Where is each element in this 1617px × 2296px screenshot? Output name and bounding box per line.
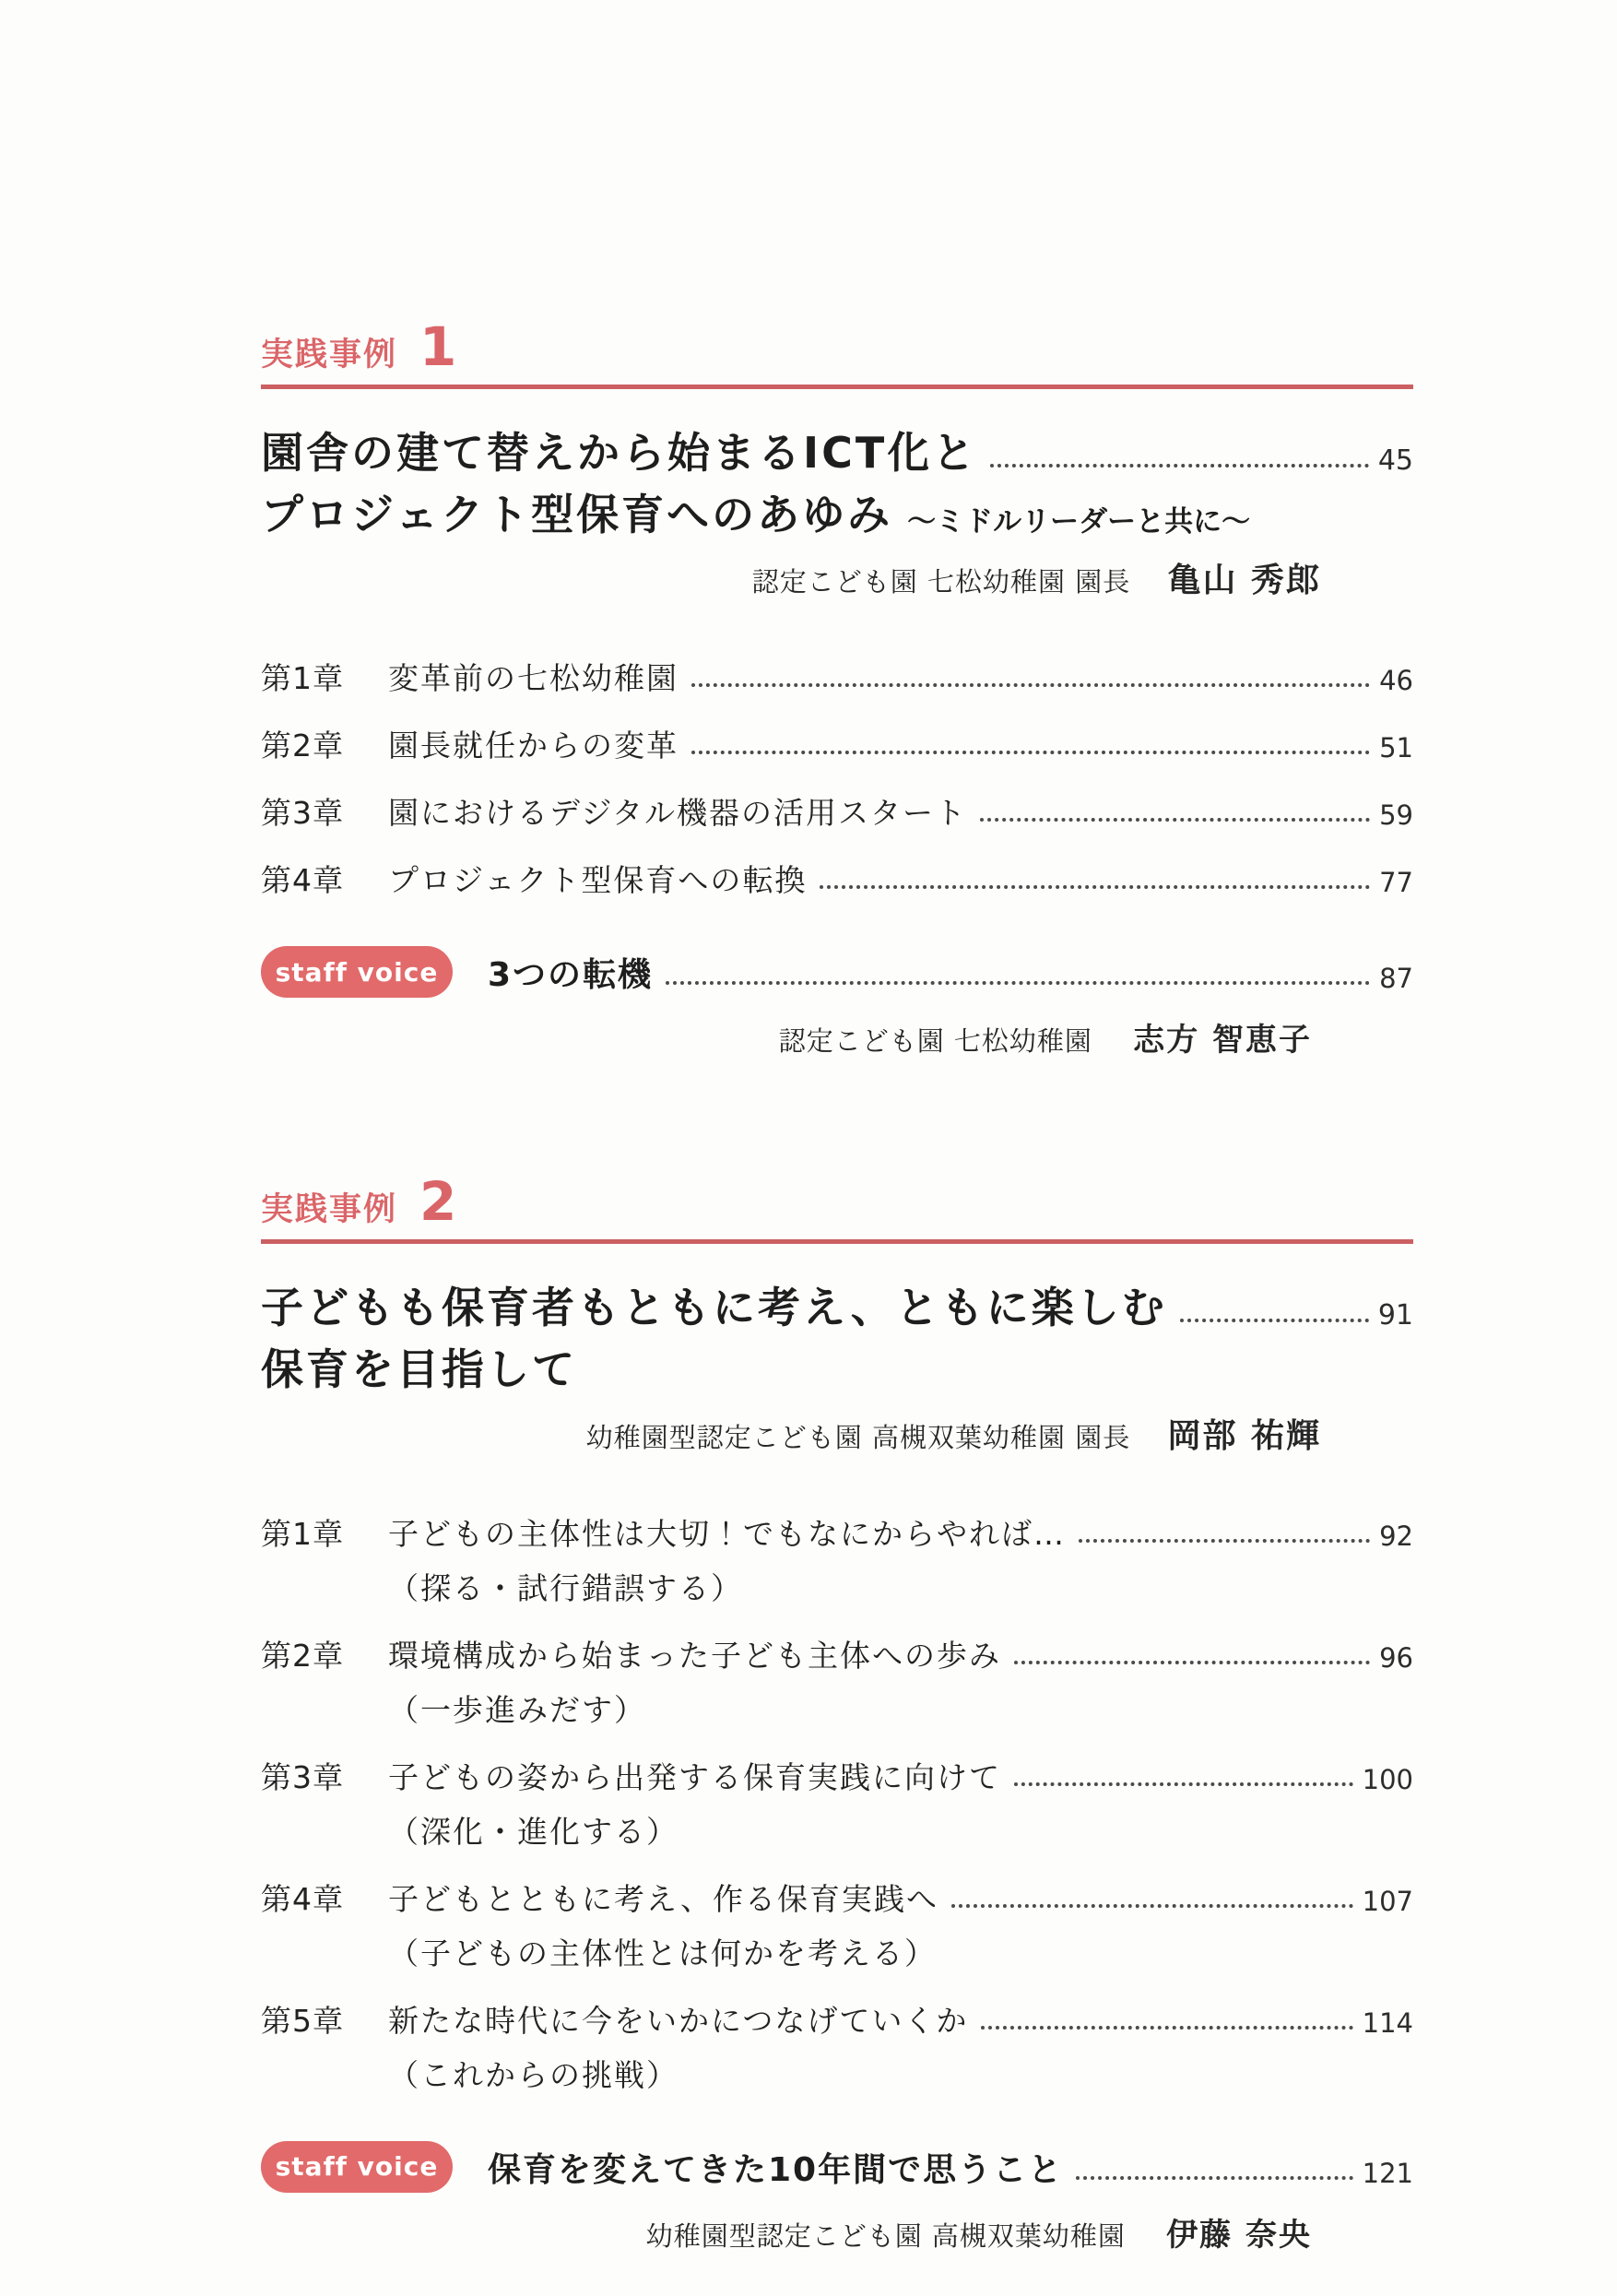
section-1-author-name: 亀山 秀郎 bbox=[1167, 562, 1321, 599]
chapter-title: プロジェクト型保育への転換 bbox=[388, 857, 807, 900]
section-2-title-row-1: 子どもも保育者もともに考え、ともに楽しむ 91 bbox=[261, 1277, 1413, 1339]
chapter-page-number: 77 bbox=[1379, 867, 1413, 900]
chapter-row: 第2章 環境構成から始まった子ども主体への歩み 96 （一歩進みだす） bbox=[261, 1632, 1413, 1730]
chapter-page-number: 46 bbox=[1379, 665, 1413, 698]
chapter-title: 変革前の七松幼稚園 bbox=[388, 655, 679, 698]
section-1-header: 実践事例 1 bbox=[261, 323, 1413, 389]
staff-voice-author-affiliation: 認定こども園 七松幼稚園 bbox=[779, 1025, 1092, 1057]
dotted-leader bbox=[980, 818, 1370, 822]
dotted-leader bbox=[1079, 1539, 1370, 1543]
section-1-author-row: 認定こども園 七松幼稚園 園長 亀山 秀郎 bbox=[261, 554, 1413, 601]
dotted-leader bbox=[1014, 1782, 1353, 1786]
chapter-page-number: 51 bbox=[1379, 732, 1413, 765]
toc-page: 実践事例 1 園舎の建て替えから始まるICT化と 45 プロジェクト型保育へのあ… bbox=[0, 0, 1617, 2296]
chapter-number: 第4章 bbox=[261, 1876, 360, 1919]
section-1-number: 1 bbox=[419, 323, 456, 371]
chapter-title: 子どもとともに考え、作る保育実践へ bbox=[388, 1876, 938, 1919]
chapter-note: （一歩進みだす） bbox=[388, 1686, 1413, 1730]
chapter-row: 第1章 変革前の七松幼稚園 46 bbox=[261, 655, 1413, 698]
section-1-title-line1: 園舎の建て替えから始まるICT化と bbox=[261, 422, 977, 484]
section-2-header: 実践事例 2 bbox=[261, 1178, 1413, 1244]
section-1-label: 実践事例 bbox=[261, 329, 397, 375]
staff-voice-title: 3つの転機 bbox=[488, 949, 653, 998]
section-1-title-row-2: プロジェクト型保育へのあゆみ ～ミドルリーダーと共に～ bbox=[261, 484, 1413, 546]
chapter-row: 第4章 プロジェクト型保育への転換 77 bbox=[261, 857, 1413, 900]
section-2-author-row: 幼稚園型認定こども園 高槻双葉幼稚園 園長 岡部 祐輝 bbox=[261, 1410, 1413, 1457]
chapter-number: 第1章 bbox=[261, 1510, 360, 1554]
chapter-number: 第2章 bbox=[261, 722, 360, 765]
chapter-note: （子どもの主体性とは何かを考える） bbox=[388, 1930, 1413, 1973]
section-1-staff-voice: staff voice 3つの転機 87 認定こども園 七松幼稚園 志方 智恵子 bbox=[261, 946, 1413, 1059]
chapter-title: 新たな時代に今をいかにつなげていくか bbox=[388, 1997, 968, 2041]
chapter-page-number: 100 bbox=[1363, 1764, 1413, 1797]
chapter-title: 子どもの姿から出発する保育実践に向けて bbox=[388, 1754, 1001, 1797]
dotted-leader bbox=[1180, 1319, 1369, 1322]
dotted-leader bbox=[691, 683, 1370, 687]
dotted-leader bbox=[820, 885, 1370, 889]
section-2-number: 2 bbox=[419, 1178, 456, 1225]
chapter-row: 第3章 園におけるデジタル機器の活用スタート 59 bbox=[261, 789, 1413, 833]
chapter-page-number: 114 bbox=[1363, 2007, 1413, 2041]
chapter-page-number: 59 bbox=[1379, 799, 1413, 833]
staff-voice-author-row: 幼稚園型認定こども園 高槻双葉幼稚園 伊藤 奈央 bbox=[261, 2209, 1413, 2255]
dotted-leader bbox=[981, 2026, 1352, 2030]
chapter-note: （探る・試行錯誤する） bbox=[388, 1565, 1413, 1608]
chapter-number: 第2章 bbox=[261, 1632, 360, 1675]
chapter-note: （これからの挑戦） bbox=[388, 2052, 1413, 2095]
chapter-note: （深化・進化する） bbox=[388, 1808, 1413, 1852]
section-1-title-line2: プロジェクト型保育へのあゆみ bbox=[261, 484, 892, 546]
chapter-row: 第1章 子どもの主体性は大切！でもなにからやれば… 92 （探る・試行錯誤する） bbox=[261, 1510, 1413, 1608]
section-2-label: 実践事例 bbox=[261, 1184, 397, 1230]
toc-content: 実践事例 1 園舎の建て替えから始まるICT化と 45 プロジェクト型保育へのあ… bbox=[261, 323, 1413, 2255]
chapter-page-number: 96 bbox=[1379, 1642, 1413, 1675]
staff-voice-page-number: 87 bbox=[1379, 963, 1413, 998]
dotted-leader bbox=[951, 1904, 1353, 1908]
staff-voice-author-name: 志方 智恵子 bbox=[1133, 1022, 1312, 1059]
chapter-number: 第5章 bbox=[261, 1997, 360, 2041]
dotted-leader bbox=[666, 981, 1370, 985]
chapter-row: 第5章 新たな時代に今をいかにつなげていくか 114 （これからの挑戦） bbox=[261, 1997, 1413, 2095]
chapter-row: 第4章 子どもとともに考え、作る保育実践へ 107 （子どもの主体性とは何かを考… bbox=[261, 1876, 1413, 1973]
staff-voice-badge: staff voice bbox=[261, 946, 453, 998]
dotted-leader bbox=[990, 464, 1369, 467]
staff-voice-author-name: 伊藤 奈央 bbox=[1166, 2217, 1312, 2254]
section-2-author-name: 岡部 祐輝 bbox=[1167, 1417, 1321, 1455]
chapter-title: 子どもの主体性は大切！でもなにからやれば… bbox=[388, 1510, 1066, 1554]
dotted-leader bbox=[691, 751, 1370, 754]
chapter-title: 園におけるデジタル機器の活用スタート bbox=[388, 789, 967, 833]
section-2-title-line2: 保育を目指して bbox=[261, 1339, 577, 1401]
chapter-number: 第3章 bbox=[261, 1754, 360, 1797]
chapter-page-number: 107 bbox=[1363, 1886, 1413, 1919]
chapter-title: 園長就任からの変革 bbox=[388, 722, 679, 765]
section-2-staff-voice: staff voice 保育を変えてきた10年間で思うこと 121 幼稚園型認定… bbox=[261, 2141, 1413, 2255]
staff-voice-page-number: 121 bbox=[1363, 2158, 1413, 2193]
section-1-page-number: 45 bbox=[1378, 444, 1413, 484]
section-2-author-affiliation: 幼稚園型認定こども園 高槻双葉幼稚園 園長 bbox=[586, 1422, 1130, 1453]
staff-voice-badge: staff voice bbox=[261, 2141, 453, 2193]
chapter-page-number: 92 bbox=[1379, 1521, 1413, 1554]
section-2-chapter-list: 第1章 子どもの主体性は大切！でもなにからやれば… 92 （探る・試行錯誤する）… bbox=[261, 1510, 1413, 2095]
dotted-leader bbox=[1014, 1661, 1370, 1664]
section-1-title-block: 園舎の建て替えから始まるICT化と 45 プロジェクト型保育へのあゆみ ～ミドル… bbox=[261, 422, 1413, 545]
chapter-row: 第2章 園長就任からの変革 51 bbox=[261, 722, 1413, 765]
section-1-chapter-list: 第1章 変革前の七松幼稚園 46 第2章 園長就任からの変革 51 bbox=[261, 655, 1413, 900]
section-1-author-affiliation: 認定こども園 七松幼稚園 園長 bbox=[752, 566, 1130, 598]
chapter-number: 第3章 bbox=[261, 789, 360, 833]
chapter-row: 第3章 子どもの姿から出発する保育実践に向けて 100 （深化・進化する） bbox=[261, 1754, 1413, 1852]
dotted-leader bbox=[1076, 2176, 1353, 2180]
section-2-title-line1: 子どもも保育者もともに考え、ともに楽しむ bbox=[261, 1277, 1167, 1339]
section-1-title-row-1: 園舎の建て替えから始まるICT化と 45 bbox=[261, 422, 1413, 484]
staff-voice-title: 保育を変えてきた10年間で思うこと bbox=[488, 2144, 1063, 2193]
case-section-2: 実践事例 2 子どもも保育者もともに考え、ともに楽しむ 91 保育を目指して 幼… bbox=[261, 1178, 1413, 2254]
case-section-1: 実践事例 1 園舎の建て替えから始まるICT化と 45 プロジェクト型保育へのあ… bbox=[261, 323, 1413, 1059]
section-2-title-row-2: 保育を目指して bbox=[261, 1339, 1413, 1401]
staff-voice-author-row: 認定こども園 七松幼稚園 志方 智恵子 bbox=[261, 1014, 1413, 1059]
section-2-title-block: 子どもも保育者もともに考え、ともに楽しむ 91 保育を目指して bbox=[261, 1277, 1413, 1400]
chapter-number: 第4章 bbox=[261, 857, 360, 900]
staff-voice-author-affiliation: 幼稚園型認定こども園 高槻双葉幼稚園 bbox=[646, 2220, 1126, 2252]
section-1-subtitle: ～ミドルリーダーと共に～ bbox=[907, 498, 1250, 545]
section-2-page-number: 91 bbox=[1378, 1299, 1413, 1339]
chapter-title: 環境構成から始まった子ども主体への歩み bbox=[388, 1632, 1001, 1675]
chapter-number: 第1章 bbox=[261, 655, 360, 698]
